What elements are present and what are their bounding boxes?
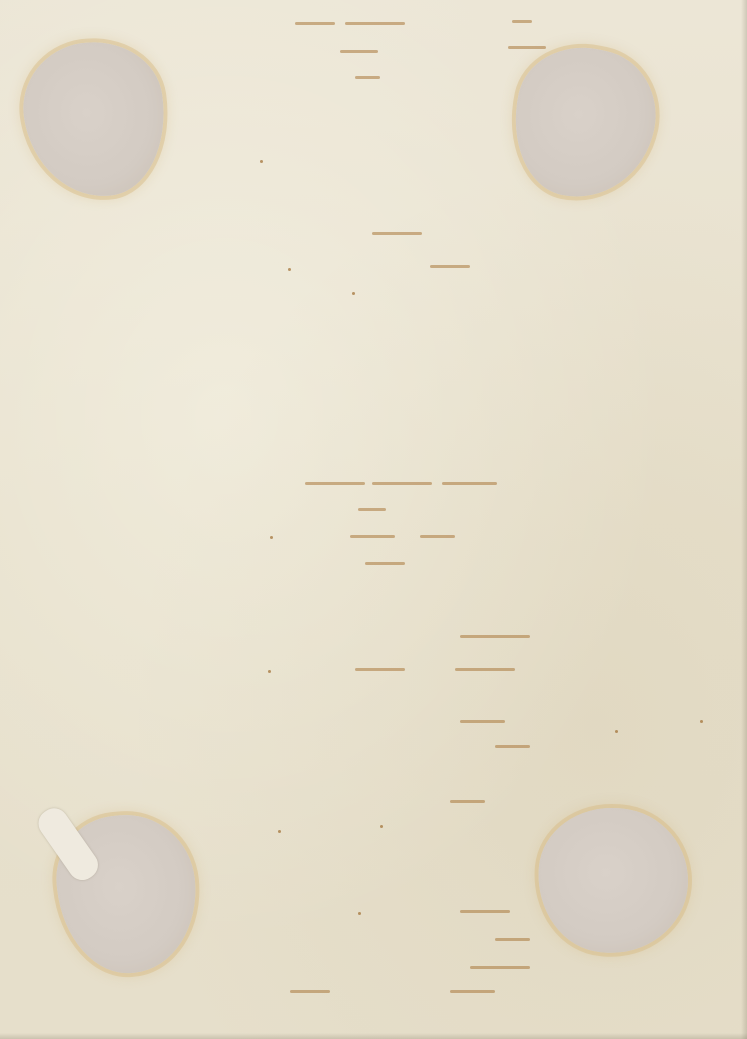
paper-edge-right <box>741 0 747 1039</box>
glue-patch-bottom-right <box>532 802 694 960</box>
glue-patch-top-left <box>15 33 175 206</box>
glue-patch-top-right <box>500 35 668 211</box>
paper-edge-bottom <box>0 1033 747 1039</box>
aged-paper-card <box>0 0 747 1039</box>
